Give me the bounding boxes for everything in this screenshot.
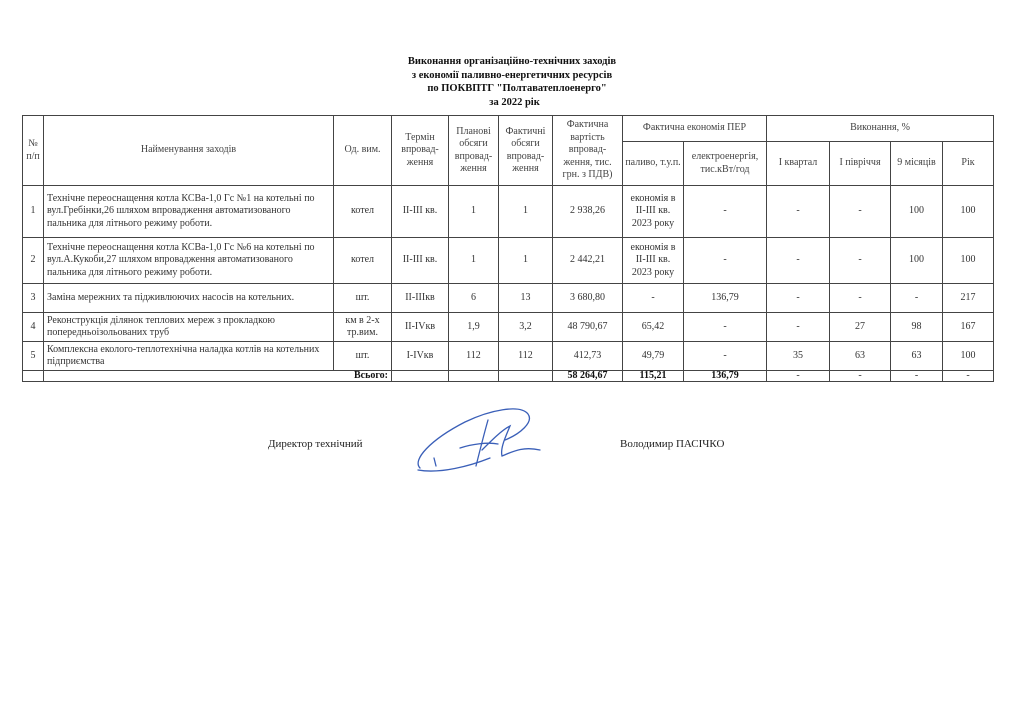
- title-line-2: з економії паливно-енергетичних ресурсів: [0, 69, 1024, 83]
- title-line-4: за 2022 рік: [0, 96, 1024, 110]
- header-electricity: електроенергія, тис.кВт/год: [684, 142, 767, 186]
- cell-term: I-IVкв: [392, 342, 449, 371]
- header-h1: I півріччя: [830, 142, 891, 186]
- cell-term: II-III кв.: [392, 238, 449, 284]
- cell-name: Технічне переоснащення котла КСВа-1,0 Гс…: [44, 186, 334, 238]
- cell-h1: 63: [830, 342, 891, 371]
- cell-actual: 1: [499, 238, 553, 284]
- cell-planned: 1: [449, 238, 499, 284]
- cell-m9: 63: [891, 342, 943, 371]
- cell-fuel: 49,79: [623, 342, 684, 371]
- cell-q1: -: [767, 238, 830, 284]
- cell-h1: 27: [830, 313, 891, 342]
- cell-year: 167: [943, 313, 994, 342]
- table-row: 1Технічне переоснащення котла КСВа-1,0 Г…: [23, 186, 994, 238]
- cell-term: II-III кв.: [392, 186, 449, 238]
- cell-h1: -: [830, 238, 891, 284]
- measures-table: № п/п Найменування заходів Од. вим. Терм…: [22, 115, 994, 382]
- header-planned: Планові обсяги впровад-ження: [449, 116, 499, 186]
- cell-electricity: -: [684, 238, 767, 284]
- cell-planned: 1: [449, 186, 499, 238]
- cell-num: 1: [23, 186, 44, 238]
- header-q1: I квартал: [767, 142, 830, 186]
- total-cost: 58 264,67: [553, 371, 623, 382]
- total-empty-term: [392, 371, 449, 382]
- title-line-3: по ПОКВПТГ "Полтаватеплоенерго": [0, 82, 1024, 96]
- cell-cost: 3 680,80: [553, 284, 623, 313]
- cell-term: II-IVкв: [392, 313, 449, 342]
- table-row: 2Технічне переоснащення котла КСВа-1,0 Г…: [23, 238, 994, 284]
- cell-planned: 6: [449, 284, 499, 313]
- cell-actual: 1: [499, 186, 553, 238]
- header-execution-group: Виконання, %: [767, 116, 994, 142]
- cell-cost: 412,73: [553, 342, 623, 371]
- total-h1: -: [830, 371, 891, 382]
- cell-electricity: -: [684, 342, 767, 371]
- total-empty-actual: [499, 371, 553, 382]
- header-savings-group: Фактична економія ПЕР: [623, 116, 767, 142]
- cell-cost: 48 790,67: [553, 313, 623, 342]
- cell-cost: 2 442,21: [553, 238, 623, 284]
- cell-electricity: -: [684, 313, 767, 342]
- total-9m: -: [891, 371, 943, 382]
- total-empty-num: [23, 371, 44, 382]
- cell-m9: -: [891, 284, 943, 313]
- cell-unit: шт.: [334, 284, 392, 313]
- cell-q1: -: [767, 186, 830, 238]
- cell-fuel: економія в II-III кв. 2023 року: [623, 186, 684, 238]
- cell-year: 100: [943, 238, 994, 284]
- header-year: Рік: [943, 142, 994, 186]
- cell-actual: 3,2: [499, 313, 553, 342]
- cell-m9: 100: [891, 186, 943, 238]
- document-title: Виконання організаційно-технічних заході…: [0, 55, 1024, 109]
- cell-electricity: 136,79: [684, 284, 767, 313]
- cell-unit: км в 2-х тр.вим.: [334, 313, 392, 342]
- cell-year: 100: [943, 186, 994, 238]
- cell-h1: -: [830, 186, 891, 238]
- total-q1: -: [767, 371, 830, 382]
- cell-year: 217: [943, 284, 994, 313]
- total-empty-planned: [449, 371, 499, 382]
- cell-unit: шт.: [334, 342, 392, 371]
- cell-m9: 98: [891, 313, 943, 342]
- cell-fuel: економія в II-III кв. 2023 року: [623, 238, 684, 284]
- cell-actual: 13: [499, 284, 553, 313]
- title-line-1: Виконання організаційно-технічних заході…: [0, 55, 1024, 69]
- cell-fuel: 65,42: [623, 313, 684, 342]
- cell-electricity: -: [684, 186, 767, 238]
- cell-num: 3: [23, 284, 44, 313]
- cell-year: 100: [943, 342, 994, 371]
- cell-q1: 35: [767, 342, 830, 371]
- cell-term: II-IIIкв: [392, 284, 449, 313]
- cell-num: 5: [23, 342, 44, 371]
- header-fuel: паливо, т.у.п.: [623, 142, 684, 186]
- handwritten-signature-icon: [410, 400, 550, 480]
- header-cost: Фактична вартість впровад-ження, тис. гр…: [553, 116, 623, 186]
- cell-planned: 112: [449, 342, 499, 371]
- cell-q1: -: [767, 313, 830, 342]
- cell-unit: котел: [334, 238, 392, 284]
- cell-cost: 2 938,26: [553, 186, 623, 238]
- table-row: 4Реконструкція ділянок теплових мереж з …: [23, 313, 994, 342]
- total-label: Всього:: [44, 371, 392, 382]
- cell-planned: 1,9: [449, 313, 499, 342]
- header-name: Найменування заходів: [44, 116, 334, 186]
- table-row: 3Заміна мережних та підживлюючих насосів…: [23, 284, 994, 313]
- cell-name: Комплексна еколого-теплотехнічна наладка…: [44, 342, 334, 371]
- header-9m: 9 місяців: [891, 142, 943, 186]
- header-term: Термін впровад-ження: [392, 116, 449, 186]
- cell-actual: 112: [499, 342, 553, 371]
- total-year: -: [943, 371, 994, 382]
- table-row: 5Комплексна еколого-теплотехнічна наладк…: [23, 342, 994, 371]
- total-electricity: 136,79: [684, 371, 767, 382]
- header-actual: Фактичні обсяги впровад-ження: [499, 116, 553, 186]
- cell-q1: -: [767, 284, 830, 313]
- cell-h1: -: [830, 284, 891, 313]
- signatory-position: Директор технічний: [268, 438, 363, 450]
- cell-m9: 100: [891, 238, 943, 284]
- cell-name: Заміна мережних та підживлюючих насосів …: [44, 284, 334, 313]
- cell-num: 2: [23, 238, 44, 284]
- total-fuel: 115,21: [623, 371, 684, 382]
- cell-name: Реконструкція ділянок теплових мереж з п…: [44, 313, 334, 342]
- header-unit: Од. вим.: [334, 116, 392, 186]
- cell-num: 4: [23, 313, 44, 342]
- cell-unit: котел: [334, 186, 392, 238]
- header-num: № п/п: [23, 116, 44, 186]
- total-row: Всього: 58 264,67 115,21 136,79 - - - -: [23, 371, 994, 382]
- signatory-name: Володимир ПАСІЧКО: [620, 438, 724, 450]
- cell-fuel: -: [623, 284, 684, 313]
- cell-name: Технічне переоснащення котла КСВа-1,0 Гс…: [44, 238, 334, 284]
